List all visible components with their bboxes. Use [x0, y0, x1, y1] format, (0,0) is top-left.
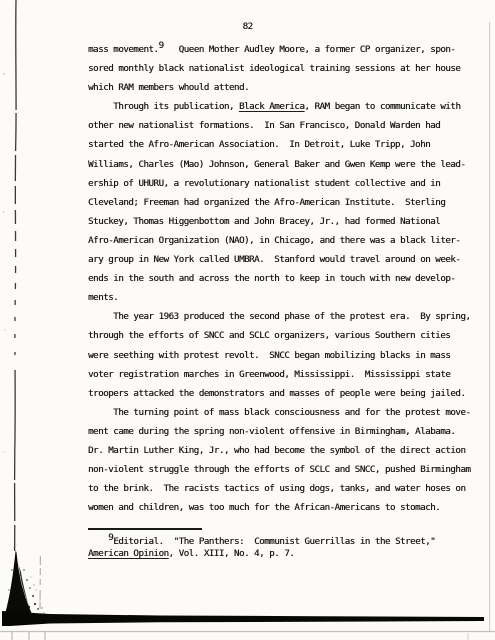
footnote-separator-line	[88, 528, 202, 530]
text-line: Dr. Martin Luther King, Jr., who had bec…	[88, 441, 490, 460]
ink-splatter-spike	[19, 566, 31, 611]
text-line: started the Afro-American Association. I…	[88, 135, 490, 154]
text-line: other new nationalist formations. In San…	[88, 116, 490, 135]
ink-splatter-blob	[3, 551, 34, 621]
text-line: The year 1963 produced the second phase …	[88, 307, 490, 326]
text-line: through the efforts of SNCC and SCLC org…	[88, 326, 490, 345]
bottom-ink-bar	[2, 611, 484, 626]
text-line: which RAM members whould attend.	[88, 78, 490, 97]
footnote-reference-superscript: 9	[158, 40, 163, 51]
underlined-title: Black America	[239, 101, 304, 112]
page-number: 82	[0, 21, 495, 32]
body-text: mass movement.9 Queen Mother Audley Moor…	[88, 40, 490, 517]
text-line: The turning point of mass black consciou…	[88, 403, 490, 422]
text-line: troopers attacked the demonstrators and …	[88, 384, 490, 403]
text-line: sored monthly black nationalist ideologi…	[88, 59, 490, 78]
ink-splatter-speckles	[8, 545, 44, 614]
page-surface: 82 mass movement.9 Queen Mother Audley M…	[0, 0, 495, 640]
text-line: ary group in New York called UMBRA. Stan…	[88, 250, 490, 269]
text-line: 9Editorial. "The Panthers: Communist Gue…	[88, 536, 490, 548]
text-line: voter registration marches in Greenwood,…	[88, 365, 490, 384]
text-line: Williams, Charles (Mao) Johnson, General…	[88, 155, 490, 174]
text-line: Afro-American Organization (NAO), in Chi…	[88, 231, 490, 250]
underlined-title: American Opinion	[88, 548, 169, 559]
text-line: American Opinion, Vol. XIII, No. 4, p. 7…	[88, 548, 490, 560]
text-line: ends in the south and across the north t…	[88, 269, 490, 288]
text-line: Cleveland; Freeman had organized the Afr…	[88, 193, 490, 212]
text-line: ership of UHURU, a revolutionary nationa…	[88, 174, 490, 193]
text-line: Through its publication, Black America, …	[88, 97, 490, 116]
text-line: Stuckey, Thomas Higgenbottom and John Br…	[88, 212, 490, 231]
footnote-reference-superscript: 9	[108, 532, 113, 543]
text-line: mass movement.9 Queen Mother Audley Moor…	[88, 40, 490, 59]
left-edge-scan-line	[15, 0, 16, 554]
text-line: to the brink. The racists tactics of usi…	[88, 479, 490, 498]
scanned-page: { "page": { "number": "82" }, "colors": …	[0, 0, 495, 640]
text-line: non-violent struggle through the efforts…	[88, 460, 490, 479]
under-page-ticks	[12, 632, 468, 640]
left-edge-specks	[3, 73, 6, 452]
text-line: ment came during the spring non-violent …	[88, 422, 490, 441]
text-line: women and children, was too much for the…	[88, 498, 490, 517]
text-line: ments.	[88, 288, 490, 307]
footnote-text: 9Editorial. "The Panthers: Communist Gue…	[88, 536, 490, 560]
text-line: were seething with protest revolt. SNCC …	[88, 346, 490, 365]
